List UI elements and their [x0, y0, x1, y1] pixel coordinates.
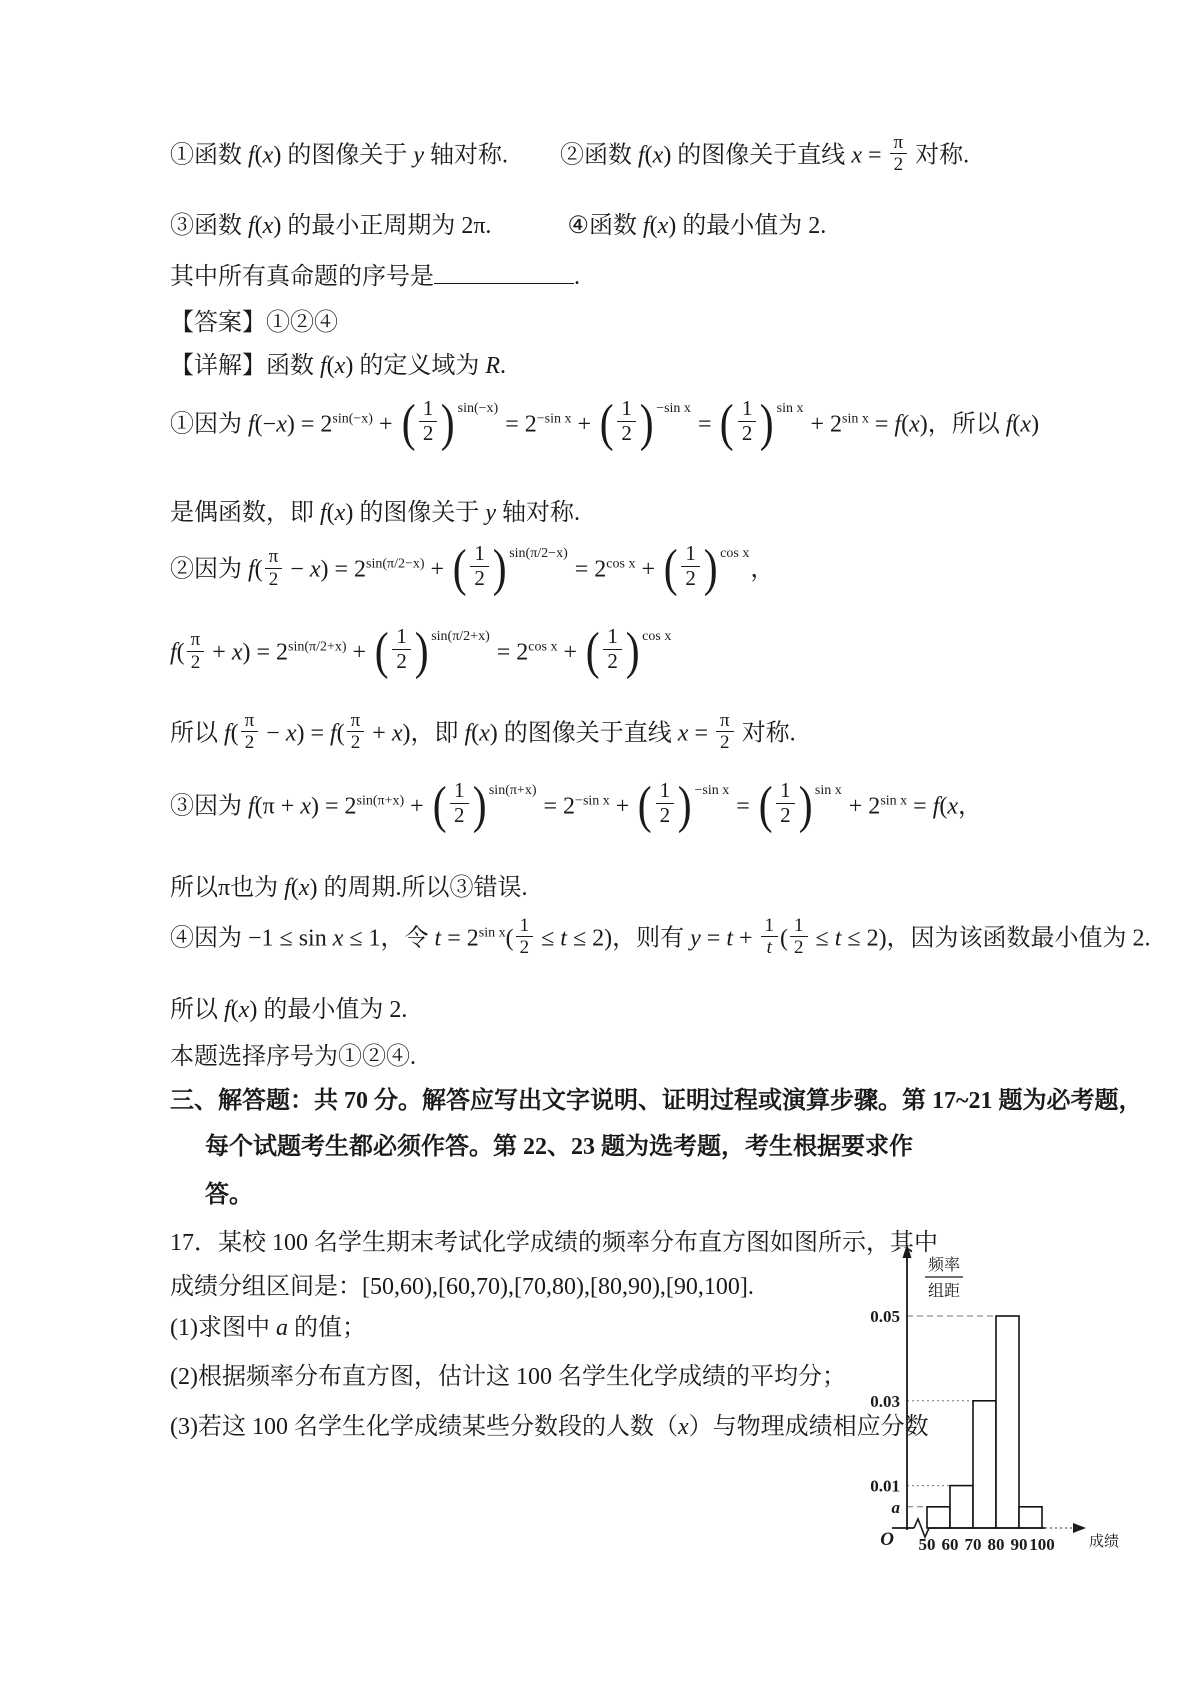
- exponent: cos x: [720, 545, 749, 564]
- histogram-bar: [927, 1507, 950, 1528]
- text-run: +: [733, 925, 759, 951]
- text-run: (: [255, 557, 263, 583]
- math-variable: x: [678, 1414, 689, 1440]
- math-variable: y: [690, 925, 701, 951]
- math-variable: f: [330, 720, 337, 746]
- text-run: = 2: [538, 794, 576, 820]
- text-run: 答。: [205, 1182, 253, 1208]
- origin-label: O: [880, 1529, 894, 1550]
- text-run: ) 的图像关于: [273, 142, 413, 168]
- close-paren: ): [798, 780, 812, 832]
- exponent: sin(π/2−x): [509, 545, 568, 564]
- x-tick-label: 90: [1011, 1535, 1028, 1554]
- text-run: +: [610, 794, 636, 820]
- math-variable: x: [276, 412, 287, 438]
- close-paren: ): [441, 398, 455, 450]
- fraction-numerator: π: [347, 710, 365, 732]
- close-paren: ): [626, 626, 640, 678]
- x-axis-arrow: [1073, 1523, 1086, 1533]
- histogram-bar: [973, 1401, 996, 1528]
- math-variable: x: [333, 925, 344, 951]
- fraction-numerator: π: [241, 710, 259, 732]
- fraction-numerator: 1: [790, 915, 808, 937]
- fraction: 12: [392, 625, 411, 673]
- math-variable: x: [678, 720, 689, 746]
- exponent: −sin x: [694, 782, 729, 801]
- fraction-numerator: 1: [603, 625, 622, 650]
- text-run: +: [366, 720, 392, 746]
- open-paren: (: [401, 398, 415, 450]
- period-conclusion-line: 所以π也为 f(x) 的周期.所以③错误.: [170, 872, 527, 904]
- text-run: (: [255, 213, 263, 239]
- text-run: (: [901, 412, 909, 438]
- parenthesized-power-term: (12)−sin x: [636, 780, 729, 832]
- fraction-numerator: π: [265, 546, 283, 568]
- text-run: 轴对称.: [424, 142, 508, 168]
- formula-step-4: ④因为 −1 ≤ sin x ≤ 1，令 t = 2sin x(12 ≤ t ≤…: [170, 918, 1151, 962]
- open-paren: (: [720, 398, 734, 450]
- text-run: 轴对称.: [496, 500, 580, 526]
- text-run: 所以: [170, 720, 224, 746]
- text-run: (−: [255, 412, 277, 438]
- close-paren: ): [640, 398, 654, 450]
- math-variable: f: [248, 213, 255, 239]
- text-run: +: [572, 412, 598, 438]
- text-run: ) = 2: [320, 557, 366, 583]
- open-paren: (: [375, 626, 389, 678]
- fraction-numerator: 1: [776, 779, 795, 804]
- text-run: (: [327, 353, 335, 379]
- math-variable: x: [909, 412, 920, 438]
- fraction-denominator: 2: [617, 422, 636, 446]
- text-run: (: [337, 720, 345, 746]
- text-run: 17．某校 100 名学生期末考试化学成绩的频率分布直方图如图所示，其中: [170, 1230, 938, 1256]
- fraction-denominator: 2: [187, 652, 205, 673]
- x-tick-label: 80: [988, 1535, 1005, 1554]
- histogram-svg: 0.050.030.01aO5060708090100成绩频率组距: [852, 1238, 1162, 1573]
- math-variable: x: [335, 353, 346, 379]
- fraction-denominator: 2: [716, 732, 734, 753]
- text-run: ①因为: [170, 412, 248, 438]
- open-paren: (: [453, 543, 467, 595]
- parenthesized-power-term: (12)sin(π+x): [431, 780, 537, 832]
- open-paren: (: [600, 398, 614, 450]
- superscript-exponent: cos x: [606, 557, 635, 572]
- fraction: 12: [603, 625, 622, 673]
- proposition-row-1: ①函数 f(x) 的图像关于 y 轴对称.②函数 f(x) 的图像关于直线 x …: [170, 135, 969, 179]
- x-tick-label: 60: [942, 1535, 959, 1554]
- text-run: 【详解】函数: [170, 353, 320, 379]
- text-run: + 2: [804, 412, 842, 438]
- fraction-denominator: 2: [392, 650, 411, 674]
- text-run: (: [291, 875, 299, 901]
- math-variable: f: [320, 353, 327, 379]
- text-run: (2)根据频率分布直方图，估计这 100 名学生化学成绩的平均分；: [170, 1364, 846, 1390]
- column-gap: [491, 232, 567, 233]
- math-variable: f: [248, 794, 255, 820]
- exponent: sin x: [777, 400, 804, 419]
- math-variable: f: [170, 640, 177, 666]
- math-variable: x: [299, 875, 310, 901]
- text-run: +: [404, 794, 430, 820]
- math-variable: f: [638, 142, 645, 168]
- fraction-denominator: 2: [265, 569, 283, 590]
- text-run: ) 的最小值为 2.: [668, 213, 826, 239]
- fraction-numerator: π: [187, 629, 205, 651]
- fraction-denominator: t: [763, 937, 776, 958]
- text-run: +: [557, 640, 583, 666]
- text-run: 对称.: [736, 720, 796, 746]
- math-variable: x: [392, 720, 403, 746]
- text-run: ≤ 2)，则有: [567, 925, 690, 951]
- formula-step-3: ③因为 f(π + x) = 2sin(π+x) + (12)sin(π+x) …: [170, 782, 982, 834]
- math-variable: x: [653, 142, 664, 168]
- exponent: cos x: [642, 628, 671, 647]
- y-axis-label-denominator: 组距: [928, 1282, 960, 1300]
- close-paren: ): [472, 780, 486, 832]
- text-run: +: [206, 640, 232, 666]
- close-paren: ): [760, 398, 774, 450]
- superscript-exponent: sin(−x): [332, 412, 373, 427]
- section-header-line-1: 三、解答题：共 70 分。解答应写出文字说明、证明过程或演算步骤。第 17~21…: [170, 1085, 1142, 1117]
- fraction: π2: [890, 132, 908, 176]
- math-variable: f: [224, 997, 231, 1023]
- math-variable: y: [485, 500, 496, 526]
- fraction: 12: [738, 397, 757, 445]
- x-tick-label: 70: [965, 1535, 982, 1554]
- section-header-line-3: 答。: [205, 1179, 253, 1211]
- fraction: 12: [516, 915, 534, 959]
- fraction-denominator: 2: [681, 567, 700, 591]
- y-tick-label: 0.03: [870, 1392, 900, 1411]
- text-run: =: [692, 412, 718, 438]
- formula-step-2a: ②因为 f(π2 − x) = 2sin(π/2−x) + (12)sin(π/…: [170, 545, 774, 597]
- exam-solution-page: ①函数 f(x) 的图像关于 y 轴对称.②函数 f(x) 的图像关于直线 x …: [0, 0, 1200, 1698]
- text-run: (: [506, 925, 514, 951]
- text-run: (: [327, 500, 335, 526]
- text-run: ③函数: [170, 213, 248, 239]
- text-run: ) 的最小正周期为 2π.: [273, 213, 491, 239]
- fraction-denominator: 2: [419, 422, 438, 446]
- fraction: π2: [241, 710, 259, 754]
- fraction-numerator: 1: [392, 625, 411, 650]
- text-run: =: [701, 925, 727, 951]
- text-run: 所以π也为: [170, 875, 284, 901]
- formula-step-2b: f(π2 + x) = 2sin(π/2+x) + (12)sin(π/2+x)…: [170, 628, 672, 680]
- problem17-line-1: 17．某校 100 名学生期末考试化学成绩的频率分布直方图如图所示，其中: [170, 1227, 938, 1259]
- fraction: 1t: [761, 915, 779, 959]
- math-variable: x: [479, 720, 490, 746]
- math-variable: t: [726, 925, 733, 951]
- text-run: 本题选择序号为①②④.: [170, 1044, 416, 1070]
- fraction-numerator: 1: [470, 542, 489, 567]
- math-variable: f: [320, 500, 327, 526]
- fraction-denominator: 2: [738, 422, 757, 446]
- fraction-denominator: 2: [776, 804, 795, 828]
- close-paren: ): [415, 626, 429, 678]
- exponent: sin(π/2+x): [431, 628, 490, 647]
- text-run: ，: [750, 557, 774, 583]
- text-run: ②函数: [560, 142, 638, 168]
- x-tick-label: 100: [1029, 1535, 1055, 1554]
- superscript-exponent: −sin x: [537, 412, 572, 427]
- text-run: ④函数: [567, 213, 643, 239]
- even-function-line: 是偶函数，即 f(x) 的图像关于 y 轴对称.: [170, 497, 580, 529]
- explain-intro-line: 【详解】函数 f(x) 的定义域为 R.: [170, 350, 506, 382]
- text-run: 三、解答题：共 70 分。解答应写出文字说明、证明过程或演算步骤。第 17~21…: [170, 1088, 1142, 1114]
- math-variable: x: [232, 640, 243, 666]
- parenthesized-power-term: (12)sin x: [718, 398, 803, 450]
- text-run: 其中所有真命题的序号是: [170, 264, 434, 290]
- superscript-exponent: sin x: [479, 925, 506, 940]
- text-run: ≤ 1，令: [343, 925, 434, 951]
- math-variable: t: [560, 925, 567, 951]
- fraction: 12: [419, 397, 438, 445]
- text-run: = 2: [499, 412, 537, 438]
- fraction: 12: [450, 779, 469, 827]
- text-run: =: [730, 794, 756, 820]
- text-run: ) = 2: [287, 412, 333, 438]
- math-variable: y: [413, 142, 424, 168]
- text-run: 所以: [170, 997, 224, 1023]
- text-run: )，所以: [920, 412, 1006, 438]
- text-run: +: [347, 640, 373, 666]
- fraction-numerator: 1: [761, 915, 779, 937]
- text-run: ≤ 2)，因为该函数最小值为 2.: [841, 925, 1150, 951]
- y-tick-label: 0.01: [870, 1477, 900, 1496]
- text-run: 对称.: [909, 142, 969, 168]
- histogram-bar: [950, 1486, 973, 1528]
- y-tick-label: 0.05: [870, 1307, 900, 1326]
- parenthesized-power-term: (12)sin x: [757, 780, 842, 832]
- text-run: ) 的周期.所以③错误.: [309, 875, 527, 901]
- fraction-denominator: 2: [603, 650, 622, 674]
- text-run: .: [574, 264, 580, 290]
- text-run: ③因为: [170, 794, 248, 820]
- fraction: π2: [716, 710, 734, 754]
- exponent: sin(π+x): [489, 782, 537, 801]
- fraction-numerator: 1: [450, 779, 469, 804]
- problem17-q1: (1)求图中 a 的值；: [170, 1312, 366, 1344]
- y-axis-arrow: [903, 1244, 912, 1258]
- text-run: ②因为: [170, 557, 248, 583]
- math-variable: f: [248, 557, 255, 583]
- text-run: (: [231, 720, 239, 746]
- math-variable: x: [1020, 412, 1031, 438]
- symmetry-conclusion-line: 所以 f(π2 − x) = f(π2 + x)，即 f(x) 的图像关于直线 …: [170, 713, 796, 757]
- text-run: )，即: [402, 720, 464, 746]
- math-variable: f: [248, 142, 255, 168]
- text-run: ) 的图像关于直线: [490, 720, 678, 746]
- text-run: (: [650, 213, 658, 239]
- text-run: ≤: [535, 925, 560, 951]
- parenthesized-power-term: (12)sin(π/2+x): [373, 626, 490, 678]
- answer-blank: [434, 258, 574, 284]
- fraction-numerator: π: [716, 710, 734, 732]
- text-run: + 2: [843, 794, 881, 820]
- formula-step-1: ①因为 f(−x) = 2sin(−x) + (12)sin(−x) = 2−s…: [170, 400, 1039, 452]
- text-run: ①函数: [170, 142, 248, 168]
- math-variable: x: [658, 213, 669, 239]
- math-variable: f: [248, 412, 255, 438]
- text-run: (1)求图中: [170, 1315, 276, 1341]
- fraction: 12: [617, 397, 636, 445]
- text-run: −: [284, 557, 310, 583]
- parenthesized-power-term: (12)−sin x: [598, 398, 691, 450]
- fraction-numerator: π: [890, 132, 908, 154]
- text-run: =: [869, 412, 895, 438]
- answer-line: 【答案】①②④: [170, 307, 338, 339]
- text-run: +: [425, 557, 451, 583]
- fraction: π2: [347, 710, 365, 754]
- x-axis-label: 成绩: [1089, 1533, 1119, 1550]
- parenthesized-power-term: (12)sin(−x): [400, 398, 499, 450]
- question-blank-line: 其中所有真命题的序号是.: [170, 258, 580, 294]
- text-run: ) 的图像关于直线: [663, 142, 851, 168]
- y-axis-label-numerator: 频率: [928, 1256, 960, 1274]
- text-run: ): [1031, 412, 1039, 438]
- superscript-exponent: sin(π/2−x): [366, 557, 425, 572]
- problem17-q3: (3)若这 100 名学生化学成绩某些分数段的人数（x）与物理成绩相应分数: [170, 1411, 929, 1443]
- text-run: 每个试题考生都必须作答。第 22、23 题为选考题，考生根据要求作: [205, 1134, 913, 1160]
- parenthesized-power-term: (12)cos x: [584, 626, 671, 678]
- text-run: (: [780, 925, 788, 951]
- text-run: (: [645, 142, 653, 168]
- text-run: (π +: [255, 794, 301, 820]
- text-run: 【答案】①②④: [170, 310, 338, 336]
- text-run: =: [907, 794, 933, 820]
- fraction: π2: [265, 546, 283, 590]
- text-run: = 2: [491, 640, 529, 666]
- fraction: 12: [776, 779, 795, 827]
- text-run: (3)若这 100 名学生化学成绩某些分数段的人数（: [170, 1414, 678, 1440]
- y-tick-label: a: [892, 1498, 901, 1517]
- math-variable: f: [284, 875, 291, 901]
- math-variable: x: [300, 794, 311, 820]
- text-run: 成绩分组区间是：[50,60),[60,70),[70,80),[80,90),…: [170, 1274, 754, 1300]
- parenthesized-power-term: (12)cos x: [662, 543, 749, 595]
- open-paren: (: [432, 780, 446, 832]
- math-variable: x: [947, 794, 958, 820]
- fraction-denominator: 2: [347, 732, 365, 753]
- superscript-exponent: −sin x: [575, 794, 610, 809]
- text-run: ④因为 −1 ≤ sin: [170, 925, 333, 951]
- text-run: ) = 2: [242, 640, 288, 666]
- close-paren: ): [493, 543, 507, 595]
- math-variable: x: [263, 213, 274, 239]
- text-run: ≤: [810, 925, 835, 951]
- math-variable: f: [224, 720, 231, 746]
- histogram-bar: [1019, 1507, 1042, 1528]
- parenthesized-power-term: (12)sin(π/2−x): [451, 543, 568, 595]
- text-run: ) 的定义域为: [345, 353, 485, 379]
- fraction-denominator: 2: [450, 804, 469, 828]
- open-paren: (: [664, 543, 678, 595]
- text-run: ) 的图像关于: [345, 500, 485, 526]
- superscript-exponent: sin x: [842, 412, 869, 427]
- fraction-numerator: 1: [656, 779, 675, 804]
- min-value-line: 所以 f(x) 的最小值为 2.: [170, 994, 407, 1026]
- fraction-numerator: 1: [419, 397, 438, 422]
- text-run: ) =: [296, 720, 330, 746]
- proposition-row-2: ③函数 f(x) 的最小正周期为 2π.④函数 f(x) 的最小值为 2.: [170, 210, 826, 242]
- fraction-numerator: 1: [738, 397, 757, 422]
- text-run: = 2: [441, 925, 479, 951]
- math-variable: x: [335, 500, 346, 526]
- exponent: −sin x: [656, 400, 691, 419]
- text-run: −: [260, 720, 286, 746]
- section-header-line-2: 每个试题考生都必须作答。第 22、23 题为选考题，考生根据要求作: [205, 1131, 913, 1163]
- x-tick-label: 50: [919, 1535, 936, 1554]
- problem17-line-2: 成绩分组区间是：[50,60),[60,70),[70,80),[80,90),…: [170, 1271, 754, 1303]
- text-run: =: [688, 720, 714, 746]
- open-paren: (: [758, 780, 772, 832]
- text-run: ，: [958, 794, 982, 820]
- text-run: (: [177, 640, 185, 666]
- text-run: (: [255, 142, 263, 168]
- text-run: 是偶函数，即: [170, 500, 320, 526]
- text-run: = 2: [569, 557, 607, 583]
- fraction: π2: [187, 629, 205, 673]
- text-run: (: [231, 997, 239, 1023]
- problem17-q2: (2)根据频率分布直方图，估计这 100 名学生化学成绩的平均分；: [170, 1361, 846, 1393]
- column-gap: [508, 161, 560, 162]
- math-variable: x: [286, 720, 297, 746]
- superscript-exponent: sin(π+x): [357, 794, 405, 809]
- superscript-exponent: sin x: [880, 794, 907, 809]
- math-variable: x: [851, 142, 862, 168]
- fraction: 12: [656, 779, 675, 827]
- fraction-denominator: 2: [470, 567, 489, 591]
- text-run: +: [635, 557, 661, 583]
- close-paren: ): [704, 543, 718, 595]
- math-variable: R: [485, 353, 500, 379]
- math-variable: a: [276, 1315, 288, 1341]
- histogram-bar: [996, 1316, 1019, 1528]
- final-choice-line: 本题选择序号为①②④.: [170, 1041, 416, 1073]
- fraction-denominator: 2: [656, 804, 675, 828]
- text-run: ) = 2: [311, 794, 357, 820]
- open-paren: (: [586, 626, 600, 678]
- fraction-denominator: 2: [790, 937, 808, 958]
- text-run: 的值；: [288, 1315, 366, 1341]
- frequency-histogram: 0.050.030.01aO5060708090100成绩频率组距: [852, 1238, 1162, 1573]
- exponent: sin(−x): [458, 400, 499, 419]
- math-variable: x: [239, 997, 250, 1023]
- open-paren: (: [638, 780, 652, 832]
- fraction-numerator: 1: [681, 542, 700, 567]
- fraction-numerator: 1: [617, 397, 636, 422]
- fraction-denominator: 2: [890, 154, 908, 175]
- text-run: (: [471, 720, 479, 746]
- fraction-denominator: 2: [241, 732, 259, 753]
- math-variable: x: [310, 557, 321, 583]
- superscript-exponent: sin(π/2+x): [288, 640, 347, 655]
- text-run: ) 的最小值为 2.: [249, 997, 407, 1023]
- text-run: +: [373, 412, 399, 438]
- close-paren: ): [678, 780, 692, 832]
- fraction: 12: [470, 542, 489, 590]
- math-variable: x: [263, 142, 274, 168]
- math-variable: f: [643, 213, 650, 239]
- fraction: 12: [790, 915, 808, 959]
- fraction: 12: [681, 542, 700, 590]
- fraction-denominator: 2: [516, 937, 534, 958]
- text-run: =: [862, 142, 888, 168]
- text-run: .: [500, 353, 506, 379]
- superscript-exponent: cos x: [528, 640, 557, 655]
- fraction-numerator: 1: [516, 915, 534, 937]
